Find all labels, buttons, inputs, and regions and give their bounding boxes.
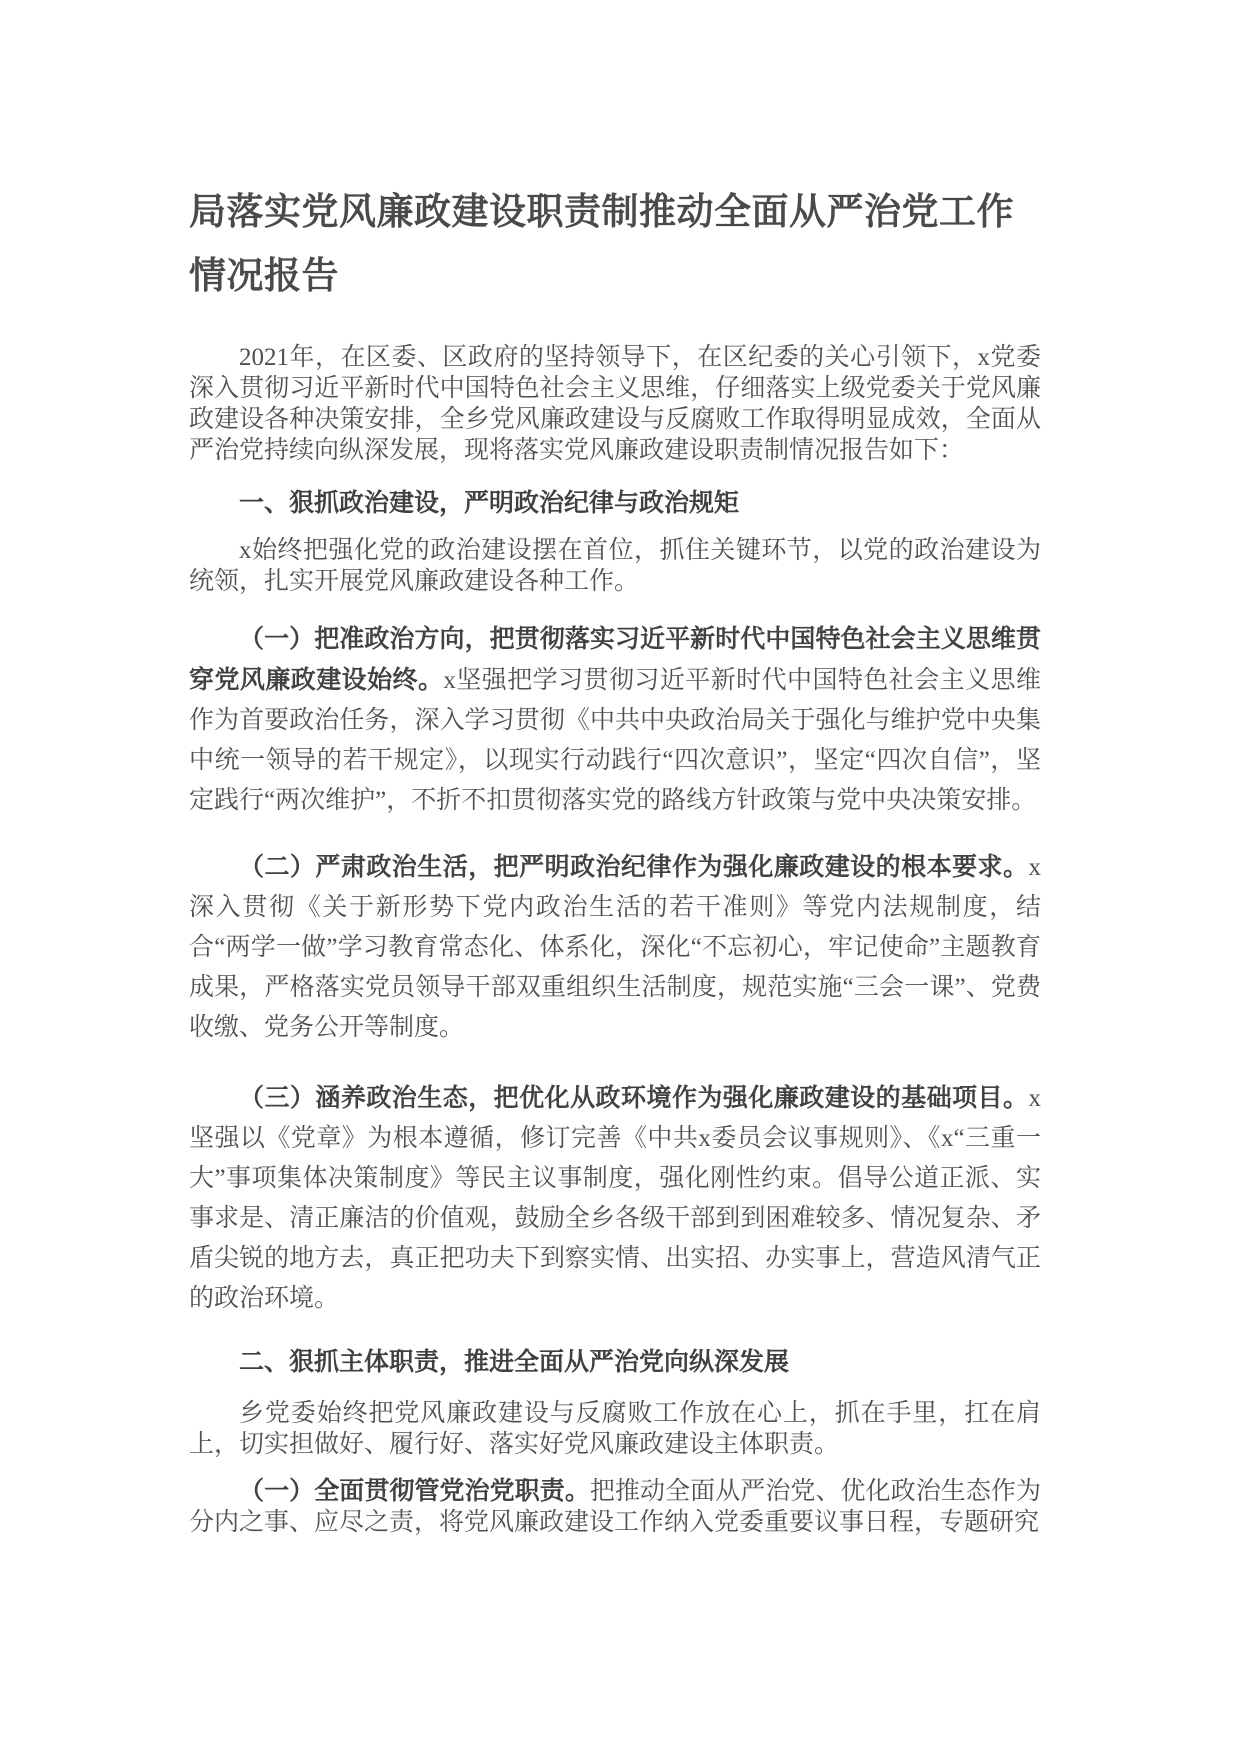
document-page: 局落实党风廉政建设职责制推动全面从严治党工作情况报告 2021年，在区委、区政府… <box>0 0 1240 1754</box>
document-content: 局落实党风廉政建设职责制推动全面从严治党工作情况报告 2021年，在区委、区政府… <box>189 180 1041 1538</box>
paragraph-item-1-1: （一）把准政治方向，把贯彻落实习近平新时代中国特色社会主义思维贯穿党风廉政建设始… <box>189 619 1041 821</box>
paragraph-item-1-2: （二）严肃政治生活，把严明政治纪律作为强化廉政建设的根本要求。x深入贯彻《关于新… <box>189 847 1041 1048</box>
section-heading-1: 一、狠抓政治建设，严明政治纪律与政治规矩 <box>189 488 1041 519</box>
paragraph-item-1-3: （三）涵养政治生态，把优化从政环境作为强化廉政建设的基础项目。x坚强以《党章》为… <box>189 1078 1041 1319</box>
paragraph-intro: 2021年，在区委、区政府的坚持领导下，在区纪委的关心引领下，x党委深入贯彻习近… <box>189 342 1041 466</box>
paragraph-lead: （二）严肃政治生活，把严明政治纪律作为强化廉政建设的根本要求。 <box>239 853 1029 881</box>
paragraph-lead: （一）全面贯彻管党治党职责。 <box>239 1477 590 1505</box>
document-title: 局落实党风廉政建设职责制推动全面从严治党工作情况报告 <box>189 180 1041 308</box>
paragraph-lead: （三）涵养政治生态，把优化从政环境作为强化廉政建设的基础项目。 <box>239 1084 1029 1112</box>
paragraph-item-2-1: （一）全面贯彻管党治党职责。把推动全面从严治党、优化政治生态作为分内之事、应尽之… <box>189 1476 1041 1538</box>
paragraph-body: x坚强以《党章》为根本遵循，修订完善《中共x委员会议事规则》、《x“三重一大”事… <box>189 1085 1041 1312</box>
paragraph-body: x深入贯彻《关于新形势下党内政治生活的若干准则》等党内法规制度，结合“两学一做”… <box>189 854 1041 1041</box>
section-heading-2: 二、狠抓主体职责，推进全面从严治党向纵深发展 <box>189 1347 1041 1378</box>
paragraph-section1-intro: x始终把强化党的政治建设摆在首位，抓住关键环节，以党的政治建设为统领，扎实开展党… <box>189 535 1041 597</box>
paragraph-section2-intro: 乡党委始终把党风廉政建设与反腐败工作放在心上，抓在手里，扛在肩上，切实担做好、履… <box>189 1398 1041 1460</box>
